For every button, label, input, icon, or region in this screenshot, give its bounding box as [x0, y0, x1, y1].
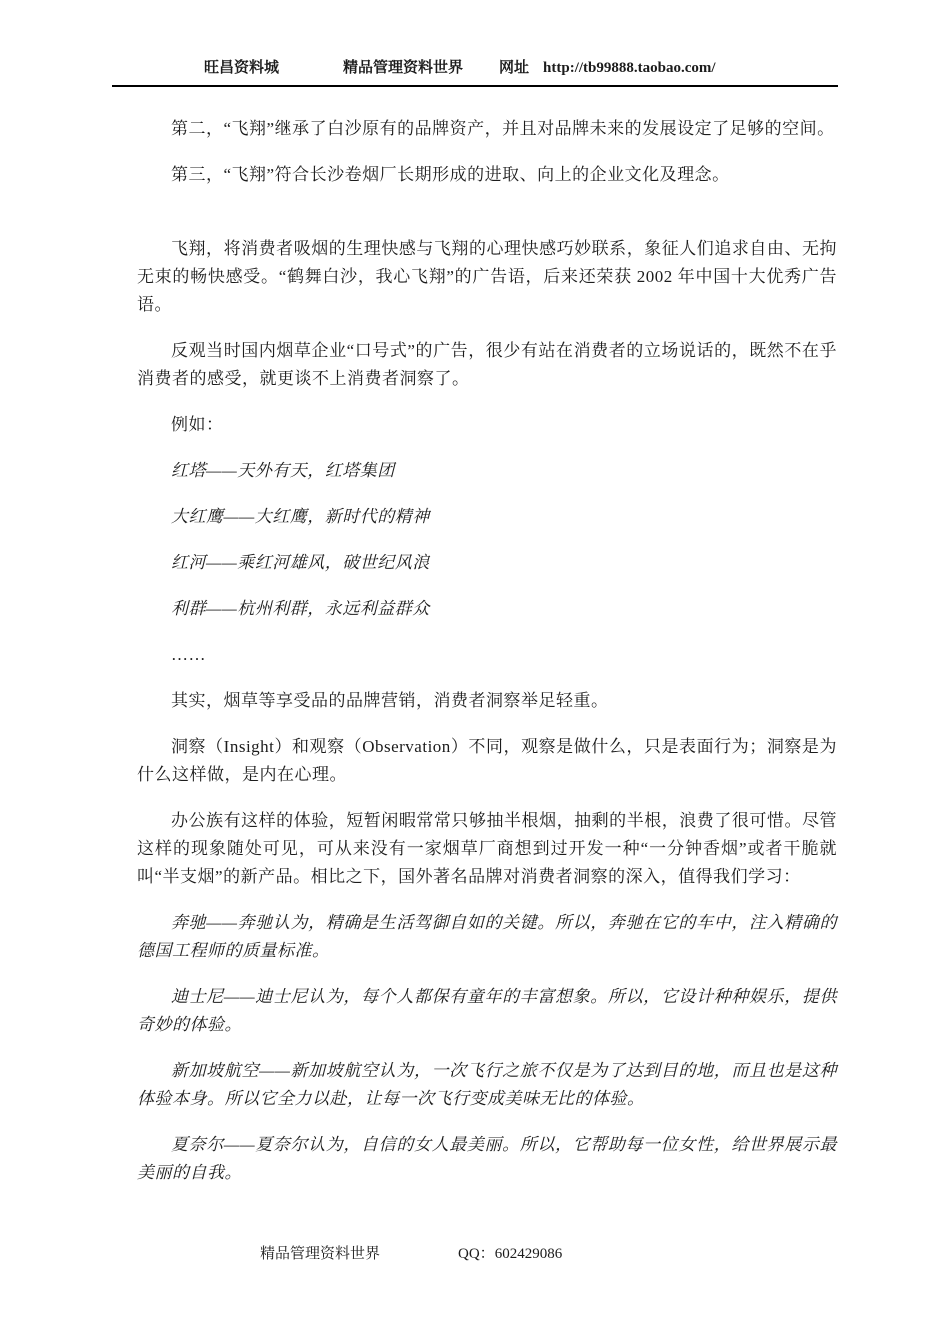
- header-url: http://tb99888.taobao.com/: [543, 58, 716, 78]
- footer-text-row: 精品管理资料世界 QQ： 602429086: [0, 1244, 950, 1264]
- footer-qq-number: 602429086: [495, 1244, 563, 1264]
- brand-example-paragraph-singapore-airlines: 新加坡航空——新加坡航空认为，一次飞行之旅不仅是为了达到目的地，而且也是这种体验…: [137, 1057, 837, 1113]
- paragraph-office-smoker: 办公族有这样的体验，短暂闲暇常常只够抽半根烟，抽剩的半根，浪费了很可惜。尽管这样…: [137, 807, 837, 891]
- paragraph-point-three: 第三，“飞翔”符合长沙卷烟厂长期形成的进取、向上的企业文化及理念。: [137, 161, 837, 189]
- document-body: 第二，“飞翔”继承了白沙原有的品牌资产，并且对品牌未来的发展设定了足够的空间。 …: [137, 115, 837, 1187]
- paragraph-slogan-critique: 反观当时国内烟草企业“口号式”的广告，很少有站在消费者的立场说话的，既然不在乎消…: [137, 337, 837, 393]
- document-footer: 精品管理资料世界 QQ： 602429086: [0, 1244, 950, 1264]
- paragraph-example-label: 例如：: [137, 411, 837, 439]
- slogan-paragraph-dahongying: 大红鹰——大红鹰，新时代的精神: [137, 503, 837, 531]
- header-store-name: 旺昌资料城: [204, 58, 279, 78]
- footer-site-title: 精品管理资料世界: [260, 1244, 380, 1264]
- header-site-title: 精品管理资料世界: [343, 58, 463, 78]
- paragraph-insight-vs-observation: 洞察（Insight）和观察（Observation）不同，观察是做什么，只是表…: [137, 733, 837, 789]
- slogan-paragraph-liqun: 利群——杭州利群，永远利益群众: [137, 595, 837, 623]
- header-url-label: 网址: [499, 58, 529, 78]
- paragraph-point-two: 第二，“飞翔”继承了白沙原有的品牌资产，并且对品牌未来的发展设定了足够的空间。: [137, 115, 837, 143]
- paragraph-ellipsis: ……: [137, 641, 837, 669]
- paragraph-insight-importance: 其实，烟草等享受品的品牌营销，消费者洞察举足轻重。: [137, 687, 837, 715]
- header-text-row: 旺昌资料城 精品管理资料世界 网址 http://tb99888.taobao.…: [112, 58, 838, 78]
- slogan-paragraph-honghe: 红河——乘红河雄风，破世纪风浪: [137, 549, 837, 577]
- document-page: 旺昌资料城 精品管理资料世界 网址 http://tb99888.taobao.…: [0, 0, 950, 1344]
- slogan-paragraph-hongta: 红塔——天外有天，红塔集团: [137, 457, 837, 485]
- brand-example-paragraph-chanel: 夏奈尔——夏奈尔认为，自信的女人最美丽。所以，它帮助每一位女性，给世界展示最美丽…: [137, 1131, 837, 1187]
- footer-qq-label: QQ：: [458, 1244, 495, 1264]
- brand-example-paragraph-benz: 奔驰——奔驰认为，精确是生活驾御自如的关键。所以，奔驰在它的车中，注入精确的德国…: [137, 909, 837, 965]
- brand-example-paragraph-disney: 迪士尼——迪士尼认为，每个人都保有童年的丰富想象。所以，它设计种种娱乐，提供奇妙…: [137, 983, 837, 1039]
- document-header: 旺昌资料城 精品管理资料世界 网址 http://tb99888.taobao.…: [112, 58, 838, 87]
- paragraph-feixiang: 飞翔，将消费者吸烟的生理快感与飞翔的心理快感巧妙联系，象征人们追求自由、无拘无束…: [137, 235, 837, 319]
